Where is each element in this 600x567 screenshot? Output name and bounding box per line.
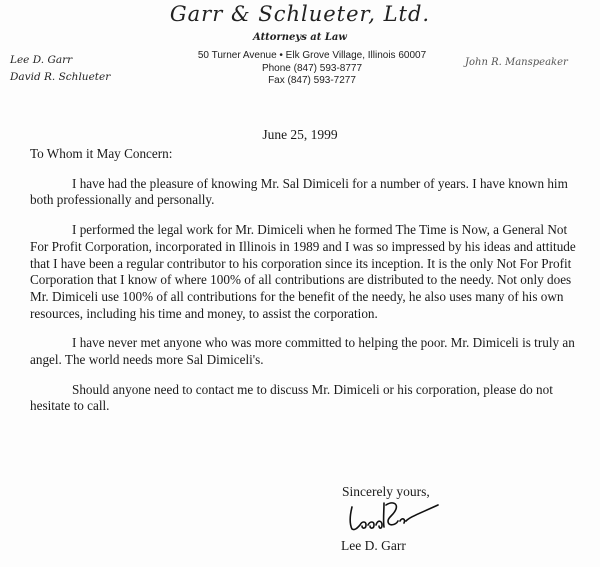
letter-body: To Whom it May Concern: I have had the p… [30, 146, 585, 415]
signature-icon [346, 499, 441, 535]
paragraph: I have never met anyone who was more com… [30, 335, 585, 368]
firm-tagline: Attorneys at Law [0, 32, 600, 43]
partner-name-right: John R. Manspeaker [465, 57, 568, 68]
firm-name: Garr & Schlueter, Ltd. [0, 2, 600, 26]
letter-date: June 25, 1999 [0, 127, 600, 143]
salutation: To Whom it May Concern: [30, 146, 585, 163]
closing: Sincerely yours, [342, 484, 430, 500]
firm-address-block: 50 Turner Avenue • Elk Grove Village, Il… [0, 50, 600, 88]
paragraph: I have had the pleasure of knowing Mr. S… [30, 176, 585, 209]
paragraph: Should anyone need to contact me to disc… [30, 382, 585, 415]
fax-line: Fax (847) 593-7277 [24, 75, 600, 88]
signer-name: Lee D. Garr [341, 538, 406, 554]
paragraph: I performed the legal work for Mr. Dimic… [30, 222, 585, 322]
